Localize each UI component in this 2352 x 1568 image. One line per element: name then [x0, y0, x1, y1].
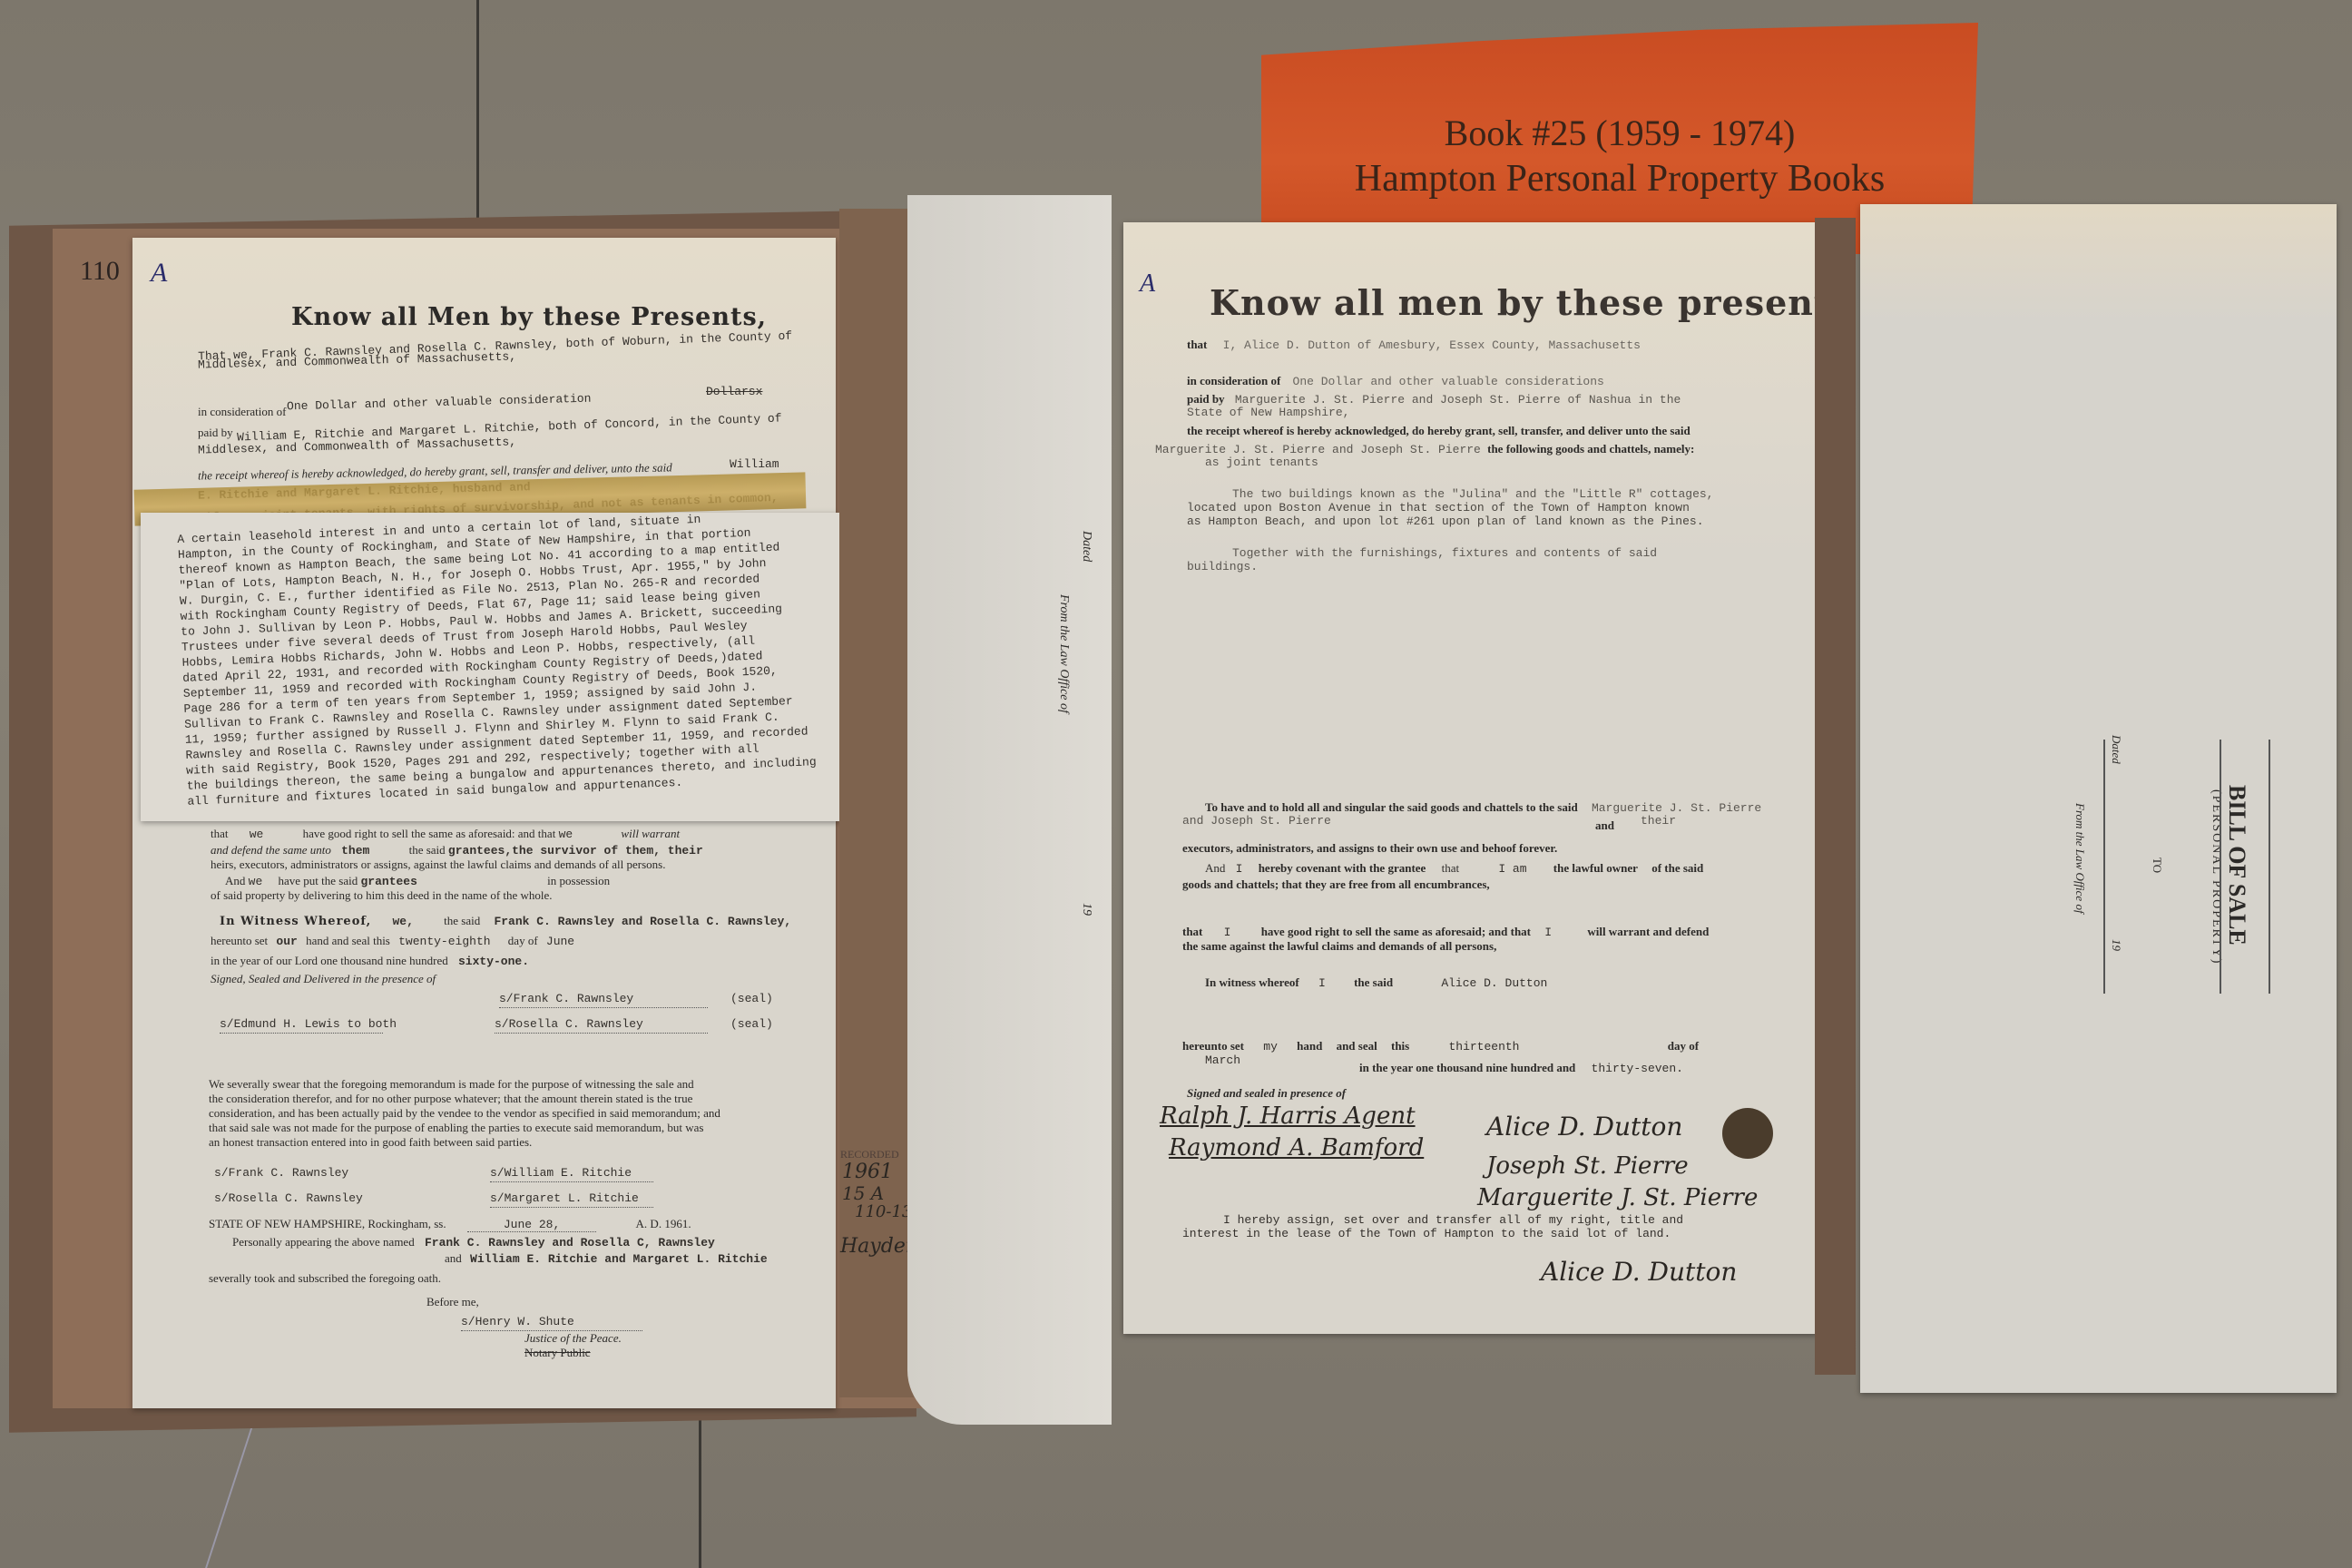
- text: the lawful owner: [1553, 861, 1638, 875]
- text: this: [1391, 1039, 1409, 1053]
- their-label: their: [1641, 812, 1676, 829]
- text: June: [546, 935, 574, 948]
- pasted-insert: A certain leasehold interest in and unto…: [141, 513, 839, 821]
- flap-law-office: From the Law Office of: [1056, 594, 1071, 713]
- text: will warrant: [621, 827, 680, 840]
- text: in the year of our Lord one thousand nin…: [211, 954, 448, 967]
- table-edge-line: [205, 1406, 260, 1568]
- month-value: March: [1205, 1052, 1240, 1069]
- book-number: Book #25 (1959 - 1974): [1261, 112, 1978, 154]
- text: we,: [392, 915, 413, 928]
- text: my: [1263, 1040, 1278, 1053]
- text: day of: [1668, 1039, 1699, 1053]
- flap-dated-label: Dated: [1079, 531, 1093, 562]
- text: that: [1442, 861, 1460, 875]
- appearing-line: Personally appearing the above named Fra…: [232, 1233, 715, 1251]
- bill-of-sale-cover: BILL OF SALE (PERSONAL PROPERTY) TO Date…: [1860, 204, 2337, 1393]
- stamp-year: 1961: [842, 1161, 893, 1183]
- signature-alice-dutton: Alice D. Dutton: [1486, 1112, 1682, 1142]
- seal-label: (seal): [730, 990, 773, 1007]
- to-label: TO: [2150, 857, 2164, 873]
- text: I: [1318, 976, 1326, 990]
- rule-line: [2269, 740, 2270, 994]
- text: hereby covenant with the grantee: [1259, 861, 1426, 875]
- description-line-4: Together with the furnishings, fixtures …: [1232, 544, 1657, 562]
- text: STATE OF NEW HAMPSHIRE, Rockingham, ss.: [209, 1217, 446, 1230]
- text: Frank C. Rawnsley and Rosella C, Rawnsle…: [425, 1236, 715, 1249]
- signature-rosella-rawnsley: s/Rosella C. Rawnsley: [495, 1015, 708, 1034]
- oath-signature-rosella: s/Rosella C. Rawnsley: [214, 1190, 363, 1207]
- book-series-title: Hampton Personal Property Books: [1261, 157, 1978, 201]
- text: day of: [508, 934, 538, 947]
- text: I: [1236, 862, 1243, 876]
- stamp-page: 110-13: [855, 1202, 912, 1221]
- witness-signature-1: Ralph J. Harris Agent: [1160, 1102, 1416, 1130]
- text: hereunto set: [1182, 1039, 1244, 1053]
- text: In witness whereof: [1205, 975, 1299, 989]
- state-venue-line: STATE OF NEW HAMPSHIRE, Rockingham, ss. …: [209, 1215, 691, 1233]
- rule-line: [2220, 740, 2221, 994]
- text: have good right to sell the same as afor…: [1261, 925, 1531, 938]
- assignment-signature: Alice D. Dutton: [1541, 1257, 1737, 1287]
- witness-line: In witness whereof I the said Alice D. D…: [1205, 974, 1547, 992]
- consideration-label: in consideration of: [198, 403, 286, 420]
- signed-label: Signed, Sealed and Delivered in the pres…: [211, 970, 436, 987]
- text: hand: [1297, 1039, 1322, 1053]
- text: we: [250, 828, 264, 841]
- before-me: Before me,: [426, 1293, 479, 1310]
- text: Marguerite J. St. Pierre: [1592, 801, 1761, 815]
- text: And: [225, 874, 245, 887]
- dollars-struck: Dollarsx: [706, 383, 762, 400]
- text: A. D. 1961.: [636, 1217, 691, 1230]
- oath-signature-william: s/William E. Ritchie: [490, 1164, 653, 1182]
- text: twenty-eighth: [398, 935, 490, 948]
- description-line-3: as Hampton Beach, and upon lot #261 upon…: [1187, 513, 1704, 530]
- text: I am: [1498, 862, 1526, 876]
- covenant-line: And I hereby covenant with the grantee t…: [1205, 859, 1703, 877]
- text: the said: [1354, 975, 1393, 989]
- text: I, Alice D. Dutton of Amesbury, Essex Co…: [1223, 338, 1641, 352]
- page-number: 110: [80, 256, 120, 287]
- text: and: [445, 1251, 462, 1265]
- text: thirty-seven.: [1592, 1062, 1683, 1075]
- text: hereunto set: [211, 934, 268, 947]
- text: that: [211, 827, 229, 840]
- text: Alice D. Dutton: [1441, 976, 1547, 990]
- paid-by-line-2: State of New Hampshire,: [1187, 404, 1349, 421]
- text: have put the said: [279, 874, 358, 887]
- deed-page-right: A Know all men by these presents that I,…: [1123, 222, 1818, 1334]
- corner-mark: A: [1140, 269, 1155, 299]
- text: will warrant and defend: [1587, 925, 1709, 938]
- appearing-line-2: and William E. Ritchie and Margaret L. R…: [445, 1249, 768, 1268]
- law-office-label: From the Law Office of: [2073, 803, 2087, 914]
- receipt-clause: the receipt whereof is hereby acknowledg…: [1187, 422, 1690, 439]
- habendum-line-2: and Joseph St. Pierre: [1182, 812, 1331, 829]
- grantor-line: that I, Alice D. Dutton of Amesbury, Ess…: [1187, 336, 1641, 354]
- stamp-book: 15 A: [842, 1182, 884, 1204]
- flap-19-label: 19: [1079, 903, 1093, 916]
- text: that: [1187, 338, 1207, 351]
- seal-label: (seal): [730, 1015, 773, 1033]
- year-line: in the year one thousand nine hundred an…: [1359, 1059, 1683, 1077]
- text: And: [1205, 861, 1225, 875]
- text: I: [1544, 926, 1552, 939]
- text: we: [559, 828, 573, 841]
- book-cover-right-edge: [1815, 218, 1856, 1375]
- oath-signature-frank: s/Frank C. Rawnsley: [214, 1164, 348, 1181]
- goods-free-line: goods and chattels; that they are free f…: [1182, 876, 1490, 893]
- text: thirteenth: [1448, 1040, 1519, 1053]
- text: the said: [409, 843, 446, 857]
- oath-took: severally took and subscribed the forego…: [209, 1269, 441, 1287]
- description-line-5: buildings.: [1187, 558, 1258, 575]
- text: Personally appearing the above named: [232, 1235, 415, 1249]
- assignment-line-2: interest in the lease of the Town of Ham…: [1182, 1225, 1671, 1242]
- text: in consideration of: [1187, 374, 1280, 387]
- consideration-line: in consideration of One Dollar and other…: [1187, 372, 1604, 390]
- date-line: hereunto set my hand and seal this thirt…: [1182, 1037, 1699, 1055]
- consideration-value: One Dollar and other valuable considerat…: [287, 390, 592, 416]
- warranty-line-3: heirs, executors, administrators or assi…: [211, 856, 665, 873]
- text: William E. Ritchie and Margaret L. Ritch…: [470, 1252, 768, 1266]
- text: of the said: [1651, 861, 1703, 875]
- witness-signature: s/Edmund H. Lewis to both: [220, 1015, 383, 1034]
- against-line: the same against the lawful claims and d…: [1182, 937, 1496, 955]
- text: and defend the same unto: [211, 843, 331, 857]
- text: in possession: [547, 874, 610, 887]
- rule-line: [2103, 740, 2105, 994]
- witness-label: In Witness Whereof,: [220, 915, 371, 928]
- executors-line: executors, administrators, and assigns t…: [1182, 839, 1557, 857]
- text: our: [276, 935, 297, 948]
- table-edge-line: [476, 0, 479, 236]
- folded-form-flap: Dated 19 From the Law Office of: [907, 195, 1112, 1425]
- text: and seal: [1337, 1039, 1377, 1053]
- oath-signature-margaret: s/Margaret L. Ritchie: [490, 1190, 653, 1208]
- text: the said: [444, 914, 480, 927]
- dated-label: Dated: [2109, 735, 2123, 764]
- text: sixty-one.: [458, 955, 529, 968]
- text: hand and seal this: [306, 934, 390, 947]
- witness-signature-2: Raymond A. Bamford: [1169, 1134, 1424, 1161]
- and-label: and: [1595, 817, 1614, 834]
- corner-mark: A: [151, 258, 167, 289]
- notary-struck: Notary Public: [524, 1344, 591, 1361]
- witness-date-line: hereunto set our hand and seal this twen…: [211, 932, 574, 950]
- bill-of-sale-title: BILL OF SALE: [2223, 785, 2250, 946]
- warranty-line-5: of said property by delivering to him th…: [211, 887, 553, 904]
- justice-signature: s/Henry W. Shute: [461, 1313, 642, 1331]
- text: One Dollar and other valuable considerat…: [1293, 375, 1604, 388]
- receipt-grantee: William: [730, 456, 779, 473]
- text: in the year one thousand nine hundred an…: [1359, 1061, 1575, 1074]
- witness-year-line: in the year of our Lord one thousand nin…: [211, 952, 529, 970]
- deed-heading: Know all men by these presents: [1210, 282, 1851, 323]
- text: that: [1182, 925, 1202, 938]
- signature-joseph-st-pierre: Joseph St. Pierre: [1486, 1152, 1689, 1180]
- text: Frank C. Rawnsley and Rosella C. Rawnsle…: [494, 915, 791, 928]
- text-line: an honest transaction entered into in go…: [209, 1133, 532, 1151]
- warranty-line-1: that we have good right to sell the same…: [211, 825, 680, 843]
- witness-clause: In Witness Whereof, we, the said Frank C…: [220, 912, 791, 930]
- deed-heading: Know all Men by these Presents,: [291, 303, 767, 331]
- text: the following goods and chattels, namely…: [1487, 442, 1694, 456]
- year-prefix: 19: [2109, 939, 2123, 951]
- text: June 28,: [467, 1218, 596, 1232]
- stamp-label: RECORDED: [840, 1148, 899, 1161]
- paid-by-label: paid by: [198, 424, 233, 441]
- signed-label: Signed and sealed in presence of: [1187, 1084, 1346, 1102]
- wax-seal-icon: [1722, 1108, 1773, 1159]
- signature-marguerite-st-pierre: Marguerite J. St. Pierre: [1477, 1184, 1758, 1211]
- text: have good right to sell the same as afor…: [303, 827, 556, 840]
- signature-frank-rawnsley: s/Frank C. Rawnsley: [499, 990, 708, 1008]
- joint-tenants: as joint tenants: [1205, 454, 1318, 471]
